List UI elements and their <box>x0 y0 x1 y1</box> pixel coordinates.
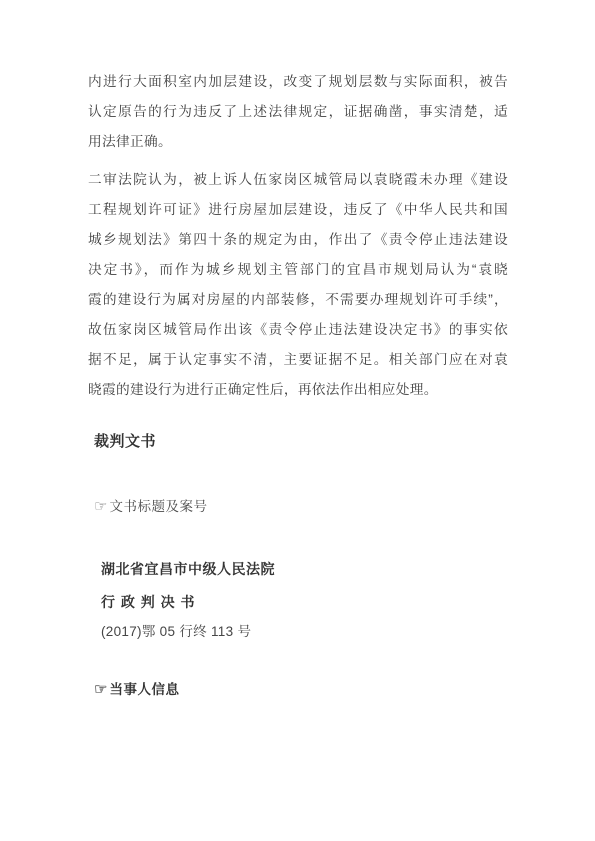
text-line: 据不足，属于认定事实不清，主要证据不足。相关部门应在对袁 <box>88 345 508 375</box>
text-line: 霞的建设行为属对房屋的内部装修，不需要办理规划许可手续”， <box>88 285 508 315</box>
text-line: 故伍家岗区城管局作出该《责令停止违法建设决定书》的事实依 <box>88 315 508 345</box>
doc-title-and-case-number-marker: ☞ 文书标题及案号 <box>94 497 508 517</box>
document-page: 内进行大面积室内加层建设，改变了规划层数与实际面积，被告 认定原告的行为违反了上… <box>0 0 595 841</box>
party-info-marker-label: 当事人信息 <box>109 680 179 700</box>
text-line: 用法律正确。 <box>88 127 508 157</box>
text-line: 内进行大面积室内加层建设，改变了规划层数与实际面积，被告 <box>88 67 508 97</box>
doc-title-marker-label: 文书标题及案号 <box>109 497 207 517</box>
party-info-marker: ☞ 当事人信息 <box>94 680 508 700</box>
case-number: (2017)鄂 05 行终 113 号 <box>101 623 508 641</box>
section-heading-judgment-documents: 裁判文书 <box>94 432 508 452</box>
pointing-hand-icon: ☞ <box>94 680 107 700</box>
paragraph: 内进行大面积室内加层建设，改变了规划层数与实际面积，被告 认定原告的行为违反了上… <box>88 67 508 157</box>
text-line: 晓霞的建设行为进行正确定性后，再依法作出相应处理。 <box>88 375 508 405</box>
text-line: 工程规划许可证》进行房屋加层建设，违反了《中华人民共和国 <box>88 195 508 225</box>
text-line: 城乡规划法》第四十条的规定为由，作出了《责令停止违法建设 <box>88 225 508 255</box>
document-content: 内进行大面积室内加层建设，改变了规划层数与实际面积，被告 认定原告的行为违反了上… <box>88 67 508 700</box>
pointing-hand-icon: ☞ <box>94 497 107 517</box>
document-type-title: 行 政 判 决 书 <box>101 593 508 611</box>
paragraph: 二审法院认为，被上诉人伍家岗区城管局以袁晓霞未办理《建设 工程规划许可证》进行房… <box>88 165 508 405</box>
court-name: 湖北省宜昌市中级人民法院 <box>101 560 508 578</box>
text-line: 二审法院认为，被上诉人伍家岗区城管局以袁晓霞未办理《建设 <box>88 165 508 195</box>
text-line: 决定书》，而作为城乡规划主管部门的宜昌市规划局认为“袁晓 <box>88 255 508 285</box>
text-line: 认定原告的行为违反了上述法律规定，证据确凿，事实清楚，适 <box>88 97 508 127</box>
